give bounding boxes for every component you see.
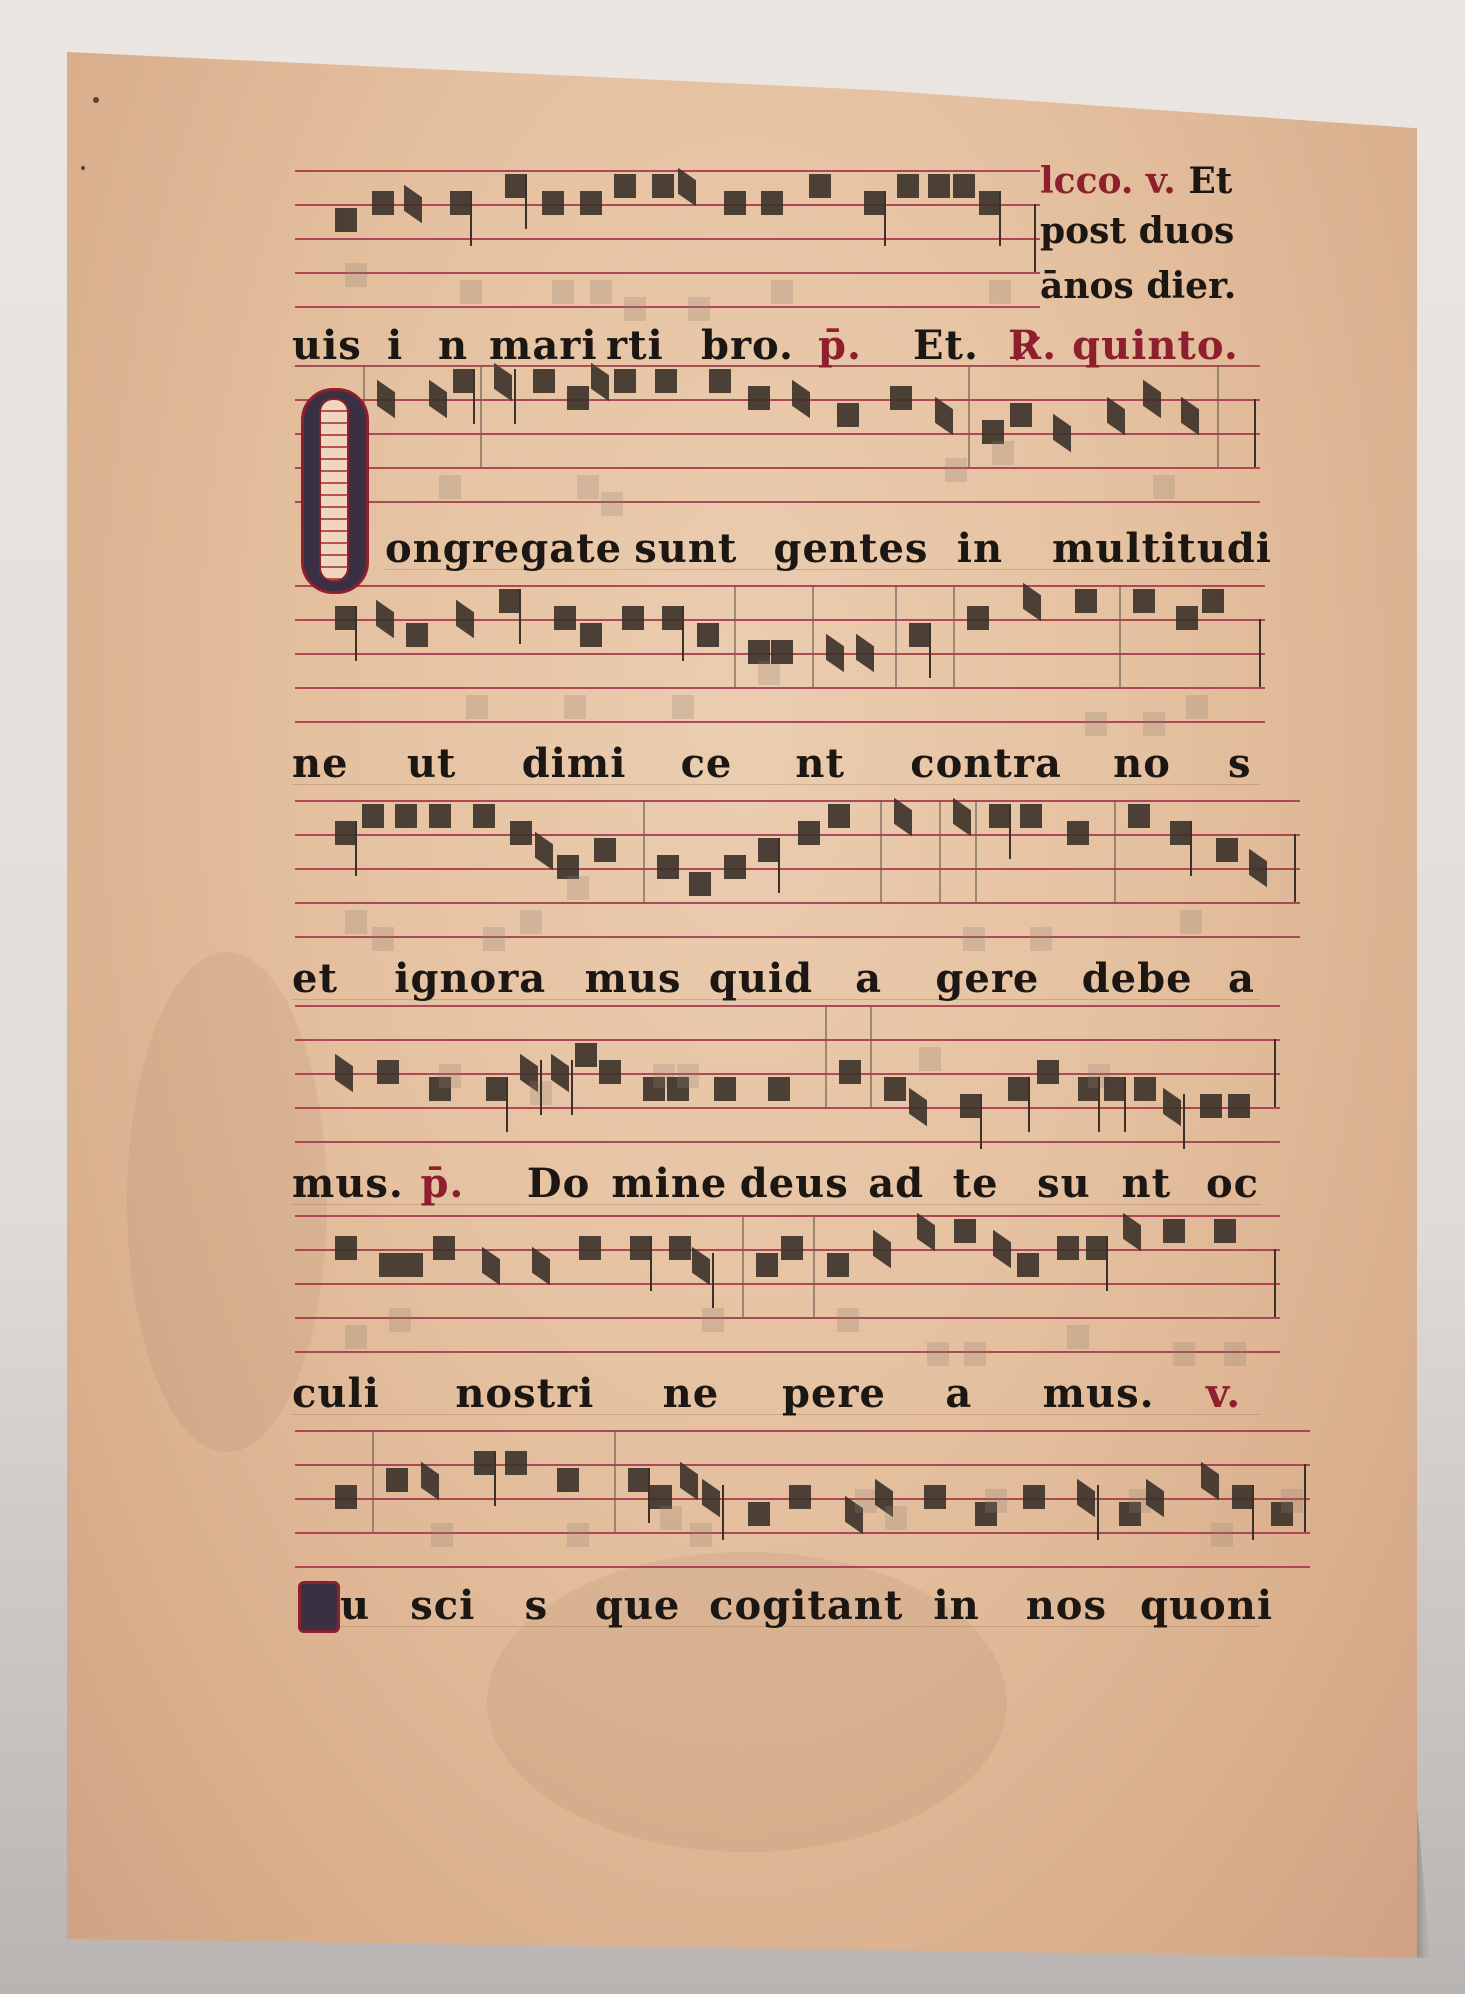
neume-note [809,174,831,198]
lyric-word: rti [606,322,664,369]
neume-note [928,174,950,198]
division-bar [939,800,941,902]
note-stem [778,838,780,893]
neume-note [1163,1088,1181,1127]
bleed-through-note [439,1064,461,1088]
neume-note [1086,1236,1108,1260]
lyric-word: ignora [394,955,546,1002]
neume-note [678,168,696,207]
division-bar [614,1430,616,1532]
neume-note [709,369,731,393]
neume-note [335,208,357,232]
staff-line [295,306,1040,308]
staff-line [295,1464,1310,1466]
staff-line [295,238,1040,240]
note-stem [540,1060,542,1115]
neume-note [335,606,357,630]
lyric-word: ce [681,740,733,787]
neume-note [1053,414,1071,453]
lyric-word: R̷. quinto. [1008,322,1239,369]
lyric-word: Do [527,1160,590,1207]
neume-note [1249,849,1267,888]
neume-note [429,380,447,419]
bleed-through-note [1030,927,1052,951]
neume-note [1008,1077,1030,1101]
neume-note [890,386,912,410]
custos [1259,619,1261,687]
bleed-through-note [1180,910,1202,934]
lyric-word: deus [740,1160,849,1207]
bleed-through-note [1224,1342,1246,1366]
division-bar [742,1215,744,1317]
staff-line [295,467,1260,469]
bleed-through-note [345,1325,367,1349]
lyric-word: n [438,322,468,369]
lyric-word: contra [910,740,1062,787]
rubric-line-1: lcco. v. Et [1040,160,1232,202]
note-stem [929,623,931,678]
division-bar [812,585,814,687]
staff-line [295,1215,1280,1217]
division-bar [1119,585,1121,687]
neume-note [1057,1236,1079,1260]
note-stem [525,174,527,229]
neume-note [789,1485,811,1509]
neume-note [486,1077,508,1101]
note-stem [722,1485,724,1540]
lyric-word: s [525,1582,549,1629]
neume-note [599,1060,621,1084]
bleed-through-note [439,475,461,499]
staff-line [295,1283,1280,1285]
note-stem [1252,1485,1254,1540]
staff-line [295,170,1040,172]
note-stem [1183,1094,1185,1149]
bleed-through-note [460,280,482,304]
prick-hole [81,166,85,170]
neume-note [499,589,521,613]
division-bar [643,800,645,902]
note-stem [712,1253,714,1308]
neume-note [909,623,931,647]
lyric-word: a [855,955,882,1002]
neume-note [580,191,602,215]
staff-line [295,721,1265,723]
staff [295,800,1300,938]
bleed-through-note [1186,695,1208,719]
neume-note [473,804,495,828]
initial-pearl-band [319,398,349,582]
note-stem [980,1094,982,1149]
note-stem [1028,1077,1030,1132]
staff-line [295,687,1265,689]
neume-note [1023,1485,1045,1509]
neume-note [575,1043,597,1067]
staff [295,585,1265,723]
bleed-through-note [1067,1325,1089,1349]
staff-line [295,936,1300,938]
lyric-word: dimi [522,740,627,787]
lyric-word: ad [868,1160,924,1207]
neume-note [748,386,770,410]
neume-note [989,804,1011,828]
initial-body [298,1581,340,1633]
lyric-word: quoni [1140,1582,1273,1629]
note-stem [494,1451,496,1506]
custos [1304,1464,1306,1532]
rubric-black: Et [1188,160,1232,202]
custos [1034,204,1036,272]
lyric-word: p̄. [420,1160,464,1207]
neume-note [827,1253,849,1277]
lyric-word: a [945,1370,972,1417]
neume-note [335,821,357,845]
division-bar [480,365,482,467]
neume-note [714,1077,736,1101]
neume-note [993,1230,1011,1269]
lyric-word: a [1228,955,1255,1002]
neume-note [761,191,783,215]
neume-note [856,634,874,673]
bleed-through-note [672,695,694,719]
bleed-through-note [567,1523,589,1547]
neume-note [1214,1219,1236,1243]
bleed-through-note [466,695,488,719]
neume-note [630,1236,652,1260]
neume-note [655,369,677,393]
neume-note [798,821,820,845]
custos [1294,834,1296,902]
custos [1274,1039,1276,1107]
division-bar [880,800,882,902]
neume-note [372,191,394,215]
neume-note [652,174,674,198]
bleed-through-note [885,1506,907,1530]
lyric-word: mine [611,1160,727,1207]
neume-note [702,1479,720,1518]
neume-note [894,798,912,837]
bleed-through-note [964,1342,986,1366]
staff-line [295,868,1300,870]
lyric-word: mari [489,322,598,369]
lyric-word: s [1228,740,1252,787]
note-stem [884,191,886,246]
neume-note [551,1054,569,1093]
neume-note [1104,1077,1126,1101]
neume-note [404,185,422,224]
lyric-word: sunt [634,525,737,572]
lyric-word: u [340,1582,370,1629]
bleed-through-note [577,475,599,499]
neume-note [622,606,644,630]
bleed-through-note [992,441,1014,465]
bleed-through-note [855,1489,877,1513]
neume-note [979,191,1001,215]
neume-note [1170,821,1192,845]
lyric-word: et [292,955,338,1002]
neume-note [662,606,684,630]
staff-line [295,1107,1280,1109]
lyric-word: oc [1206,1160,1259,1207]
lyric-word: que [595,1582,681,1629]
staff-line [295,800,1300,802]
neume-note [1163,1219,1185,1243]
neume-note [1107,397,1125,436]
division-bar [1114,800,1116,902]
neume-note [1020,804,1042,828]
neume-note [532,1247,550,1286]
staff-line [295,1005,1280,1007]
neume-note [1134,1077,1156,1101]
staff-line [295,1430,1310,1432]
rubric-red: lcco. v. [1040,160,1176,202]
lyric-word: nt [1122,1160,1172,1207]
note-stem [506,1077,508,1132]
note-stem [1106,1236,1108,1291]
neume-note [335,1236,357,1260]
rubric-line-2: post duos [1040,210,1234,252]
neume-note [628,1468,650,1492]
lyric-word: p̄. [818,322,862,369]
bleed-through-note [945,458,967,482]
bleed-through-note [389,1308,411,1332]
division-bar [895,585,897,687]
bleed-through-note [919,1047,941,1071]
bleed-through-note [1281,1489,1303,1513]
neume-note [535,832,553,871]
neume-note [1023,583,1041,622]
division-bar [975,800,977,902]
neume-note [1010,403,1032,427]
neume-note [839,1060,861,1084]
note-stem [470,191,472,246]
division-bar [968,365,970,467]
note-stem [473,369,475,424]
neume-note [377,1060,399,1084]
custos [1254,399,1256,467]
neume-note [567,386,589,410]
neume-note [826,634,844,673]
bleed-through-note [431,1523,453,1547]
division-bar [734,585,736,687]
rubric-line-3: ānos dier. [1040,265,1236,307]
neume-note [376,600,394,639]
bleed-through-note [677,1064,699,1088]
neume-note [781,1236,803,1260]
neume-note [953,798,971,837]
bleed-through-note [564,695,586,719]
neume-note [758,838,780,862]
neume-note [557,1468,579,1492]
lyric-word: multitudi [1052,525,1272,572]
lyric-word: ut [407,740,457,787]
bleed-through-note [1211,1523,1233,1547]
neume-note [960,1094,982,1118]
neume-note [453,369,475,393]
lyric-word: culi [292,1370,380,1417]
note-stem [514,369,516,424]
neume-note [1143,380,1161,419]
lyric-word: in [933,1582,979,1629]
neume-note [771,640,793,664]
lyric-word: in [957,525,1003,572]
neume-note [1067,821,1089,845]
neume-note [909,1088,927,1127]
neume-note [689,872,711,896]
neume-note [954,1219,976,1243]
neume-note [533,369,555,393]
staff [295,1005,1280,1143]
neume-note [505,1451,527,1475]
neume-note [579,1236,601,1260]
lyric-word: gere [935,955,1039,1002]
bleed-through-note [963,927,985,951]
neume-note [542,191,564,215]
neume-note [924,1485,946,1509]
staff-line [295,1566,1310,1568]
division-bar [813,1215,815,1317]
bleed-through-note [688,297,710,321]
lyric-word: v. [1206,1370,1241,1417]
staff-line [295,1317,1280,1319]
neume-note [406,623,428,647]
neume-note [379,1253,401,1277]
lyric-word: debe [1082,955,1193,1002]
neume-note [1181,397,1199,436]
staff [295,1430,1310,1568]
neume-note [953,174,975,198]
bleed-through-note [520,910,542,934]
note-stem [682,606,684,661]
neume-note [614,174,636,198]
note-stem [650,1236,652,1291]
neume-note [884,1077,906,1101]
neume-note [614,369,636,393]
neume-note [594,838,616,862]
neume-note [837,403,859,427]
lyric-word: quid [709,955,813,1002]
bleed-through-note [1143,712,1165,736]
division-bar [372,1430,374,1532]
neume-note [482,1247,500,1286]
lyric-word: te [953,1160,999,1207]
bleed-through-note [483,927,505,951]
lyric-word: su [1037,1160,1091,1207]
staff-line [295,1141,1280,1143]
bleed-through-note [702,1308,724,1332]
bleed-through-note [345,263,367,287]
neume-note [386,1468,408,1492]
staff-line [295,501,1260,503]
division-bar [825,1005,827,1107]
neume-note [1176,606,1198,630]
bleed-through-note [1153,475,1175,499]
neume-note [1202,589,1224,613]
bleed-through-note [345,910,367,934]
staff-line [295,1039,1280,1041]
illuminated-initial-t [290,1575,340,1635]
neume-note [1077,1479,1095,1518]
staff [295,170,1040,308]
neume-note [335,1485,357,1509]
staff [295,1215,1280,1353]
note-stem [1009,804,1011,859]
bleed-through-note [1085,712,1107,736]
division-bar [870,1005,872,1107]
neume-note [1037,1060,1059,1084]
lyric-word: bro. [701,322,794,369]
bleed-through-note [601,492,623,516]
neume-note [1017,1253,1039,1277]
neume-note [873,1230,891,1269]
neume-note [864,191,886,215]
bleed-through-note [927,1342,949,1366]
bleed-through-note [567,876,589,900]
lyric-word: ne [292,740,349,787]
note-stem [999,191,1001,246]
note-stem [355,821,357,876]
neume-note [433,1236,455,1260]
bleed-through-note [985,1489,1007,1513]
illuminated-initial-c [295,380,375,600]
lyric-word: Et. [913,322,979,369]
neume-note [748,1502,770,1526]
note-stem [1124,1077,1126,1132]
neume-note [429,804,451,828]
neume-note [450,191,472,215]
neume-note [680,1462,698,1501]
neume-note [377,380,395,419]
neume-note [554,606,576,630]
neume-note [657,855,679,879]
note-stem [571,1060,573,1115]
neume-note [897,174,919,198]
neume-note [1232,1485,1254,1509]
neume-note [1228,1094,1250,1118]
note-stem [1098,1077,1100,1132]
lyric-word: mus. [1043,1370,1155,1417]
neume-note [1123,1213,1141,1252]
neume-note [362,804,384,828]
staff-line [295,433,1260,435]
bleed-through-note [989,280,1011,304]
bleed-through-note [624,297,646,321]
bleed-through-note [590,280,612,304]
lyric-word: i [387,322,403,369]
neume-note [724,855,746,879]
staff-line [295,272,1040,274]
lyric-word: sci [410,1582,475,1629]
neume-note [917,1213,935,1252]
note-stem [1097,1485,1099,1540]
neume-note [935,397,953,436]
neume-note [697,623,719,647]
neume-note [335,1054,353,1093]
lyric-word: no [1113,740,1171,787]
note-stem [355,606,357,661]
bleed-through-note [837,1308,859,1332]
neume-note [724,191,746,215]
note-stem [519,589,521,644]
lyric-word: nos [1026,1582,1107,1629]
neume-note [421,1462,439,1501]
lyric-word: ne [663,1370,720,1417]
lyric-word: nostri [455,1370,594,1417]
neume-note [756,1253,778,1277]
bleed-through-note [758,661,780,685]
bleed-through-note [660,1506,682,1530]
bleed-through-note [372,927,394,951]
